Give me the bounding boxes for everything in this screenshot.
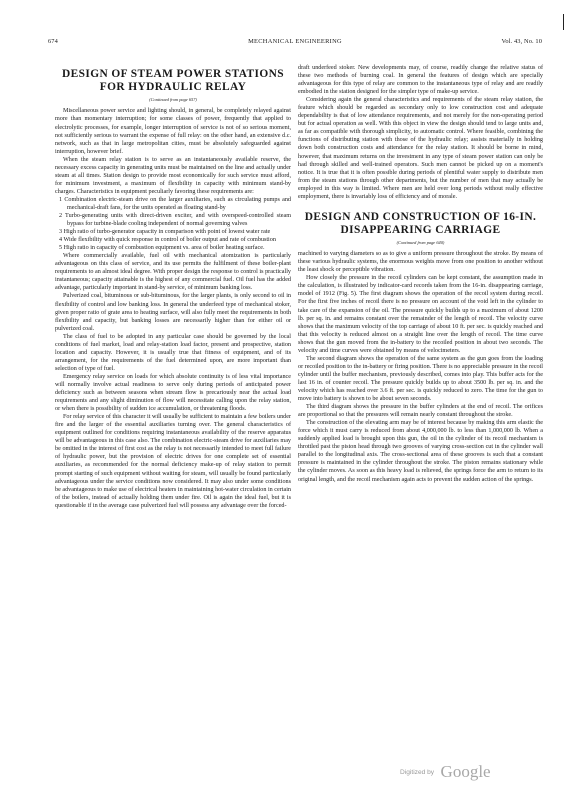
- watermark-prefix: Digitized by: [400, 769, 434, 776]
- digitized-by-watermark: Digitized by Google: [400, 762, 491, 782]
- paragraph: Emergency relay service on loads for whi…: [55, 373, 291, 413]
- paragraph: machined to varying diameters so as to g…: [298, 250, 543, 274]
- page-edge-rule: [563, 14, 564, 30]
- title-line-2: FOR HYDRAULIC RELAY: [55, 81, 291, 94]
- title-line-1: DESIGN AND CONSTRUCTION OF 16-IN.: [298, 211, 543, 224]
- list-item: 2 Turbo-generating units with direct-dri…: [55, 212, 291, 228]
- requirements-list: 1 Combination electric-steam drive on th…: [55, 196, 291, 252]
- running-head: 674 MECHANICAL ENGINEERING Vol. 43, No. …: [48, 38, 542, 50]
- paragraph: Miscellaneous power service and lighting…: [55, 107, 291, 155]
- paragraph: How closely the pressure in the recoil c…: [298, 274, 543, 354]
- list-item: 4 Wide flexibility with quick response i…: [55, 236, 291, 244]
- list-item: 3 High ratio of turbo-generator capacity…: [55, 228, 291, 236]
- list-item: 5 High ratio in capacity of combustion e…: [55, 244, 291, 252]
- paragraph: For relay service of this character it w…: [55, 413, 291, 510]
- continued-note: (Continued from page 657): [55, 96, 291, 104]
- title-line-2: DISAPPEARING CARRIAGE: [298, 224, 543, 237]
- paragraph: The third diagram shows the pressure in …: [298, 403, 543, 419]
- article-title-disappearing-carriage: DESIGN AND CONSTRUCTION OF 16-IN. DISAPP…: [298, 211, 543, 237]
- paragraph: Considering again the general characteri…: [298, 96, 543, 201]
- paragraph: draft underfeed stoker. New developments…: [298, 64, 543, 96]
- paragraph: Pulverized coal, bituminous or sub-bitum…: [55, 292, 291, 332]
- google-logo: Google: [441, 762, 491, 781]
- article-title-steam-power: DESIGN OF STEAM POWER STATIONS FOR HYDRA…: [55, 68, 291, 94]
- left-column: DESIGN OF STEAM POWER STATIONS FOR HYDRA…: [55, 64, 291, 510]
- title-line-1: DESIGN OF STEAM POWER STATIONS: [55, 68, 291, 81]
- paragraph: Where commercially available, fuel oil w…: [55, 252, 291, 292]
- paragraph: The construction of the elevating arm ma…: [298, 419, 543, 483]
- continued-note: (Continued from page 640): [298, 239, 543, 247]
- journal-title: MECHANICAL ENGINEERING: [48, 38, 542, 45]
- right-column: draft underfeed stoker. New developments…: [298, 64, 543, 484]
- paragraph: When the steam relay station is to serve…: [55, 156, 291, 196]
- paragraph: The second diagram shows the operation o…: [298, 355, 543, 403]
- list-item: 1 Combination electric-steam drive on th…: [55, 196, 291, 212]
- paragraph: The class of fuel to be adopted in any p…: [55, 333, 291, 373]
- volume-number: Vol. 43, No. 10: [502, 38, 542, 45]
